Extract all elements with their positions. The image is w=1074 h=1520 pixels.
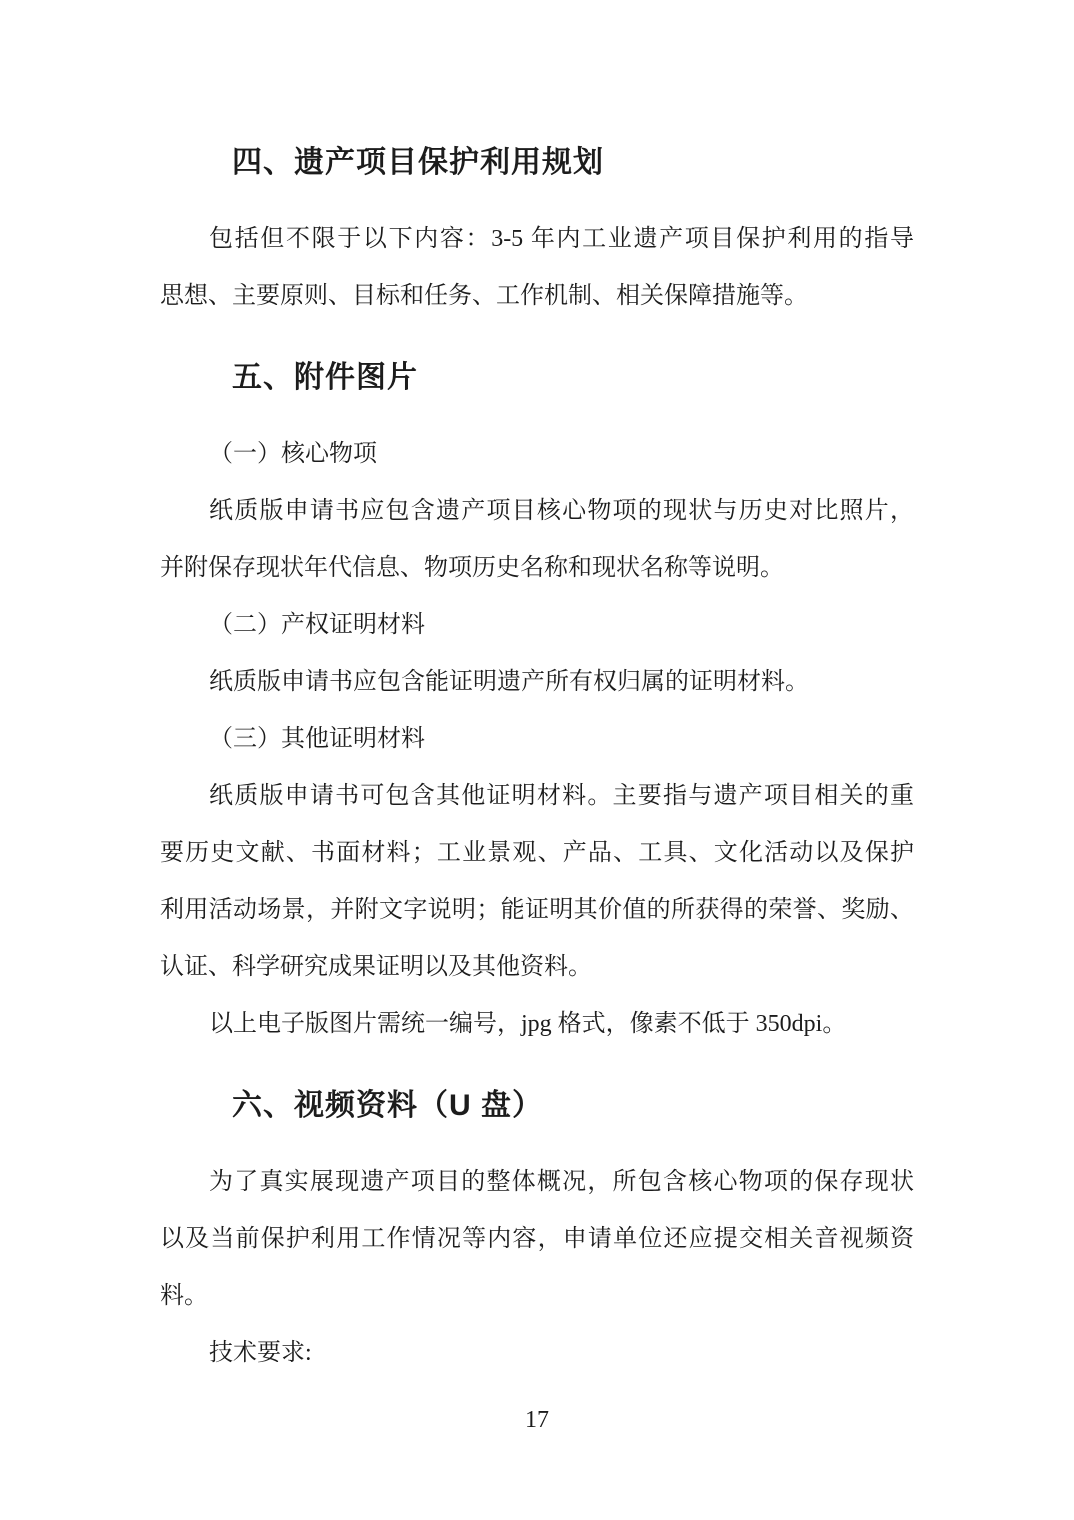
text-line: 纸质版申请书应包含能证明遗产所有权归属的证明材料。 [160, 654, 914, 711]
text-line: 要历史文献、书面材料；工业景观、产品、工具、文化活动以及保护 [160, 825, 914, 882]
text-line: 思想、主要原则、目标和任务、工作机制、相关保障措施等。 [160, 268, 914, 325]
document-content: 四、遗产项目保护利用规划包括但不限于以下内容：3-5 年内工业遗产项目保护利用的… [160, 0, 914, 1382]
text-line: （一）核心物项 [160, 426, 914, 483]
page-number: 17 [0, 1400, 1074, 1440]
text-line: 纸质版申请书应包含遗产项目核心物项的现状与历史对比照片， [160, 483, 914, 540]
text-line: 认证、科学研究成果证明以及其他资料。 [160, 939, 914, 996]
text-line: 并附保存现状年代信息、物项历史名称和现状名称等说明。 [160, 540, 914, 597]
text-line: 包括但不限于以下内容：3-5 年内工业遗产项目保护利用的指导 [160, 211, 914, 268]
section-heading: 六、视频资料（U 盘） [160, 1077, 914, 1134]
section-heading: 五、附件图片 [160, 349, 914, 406]
document-page: 四、遗产项目保护利用规划包括但不限于以下内容：3-5 年内工业遗产项目保护利用的… [0, 0, 1074, 1520]
text-line: 为了真实展现遗产项目的整体概况，所包含核心物项的保存现状 [160, 1154, 914, 1211]
text-line: 技术要求: [160, 1325, 914, 1382]
section-heading: 四、遗产项目保护利用规划 [160, 134, 914, 191]
text-line: 利用活动场景，并附文字说明；能证明其价值的所获得的荣誉、奖励、 [160, 882, 914, 939]
text-line: （三）其他证明材料 [160, 711, 914, 768]
text-line: 以及当前保护利用工作情况等内容，申请单位还应提交相关音视频资 [160, 1211, 914, 1268]
text-line: （二）产权证明材料 [160, 597, 914, 654]
text-line: 料。 [160, 1268, 914, 1325]
text-line: 以上电子版图片需统一编号，jpg 格式，像素不低于 350dpi。 [160, 996, 914, 1053]
text-line: 纸质版申请书可包含其他证明材料。主要指与遗产项目相关的重 [160, 768, 914, 825]
